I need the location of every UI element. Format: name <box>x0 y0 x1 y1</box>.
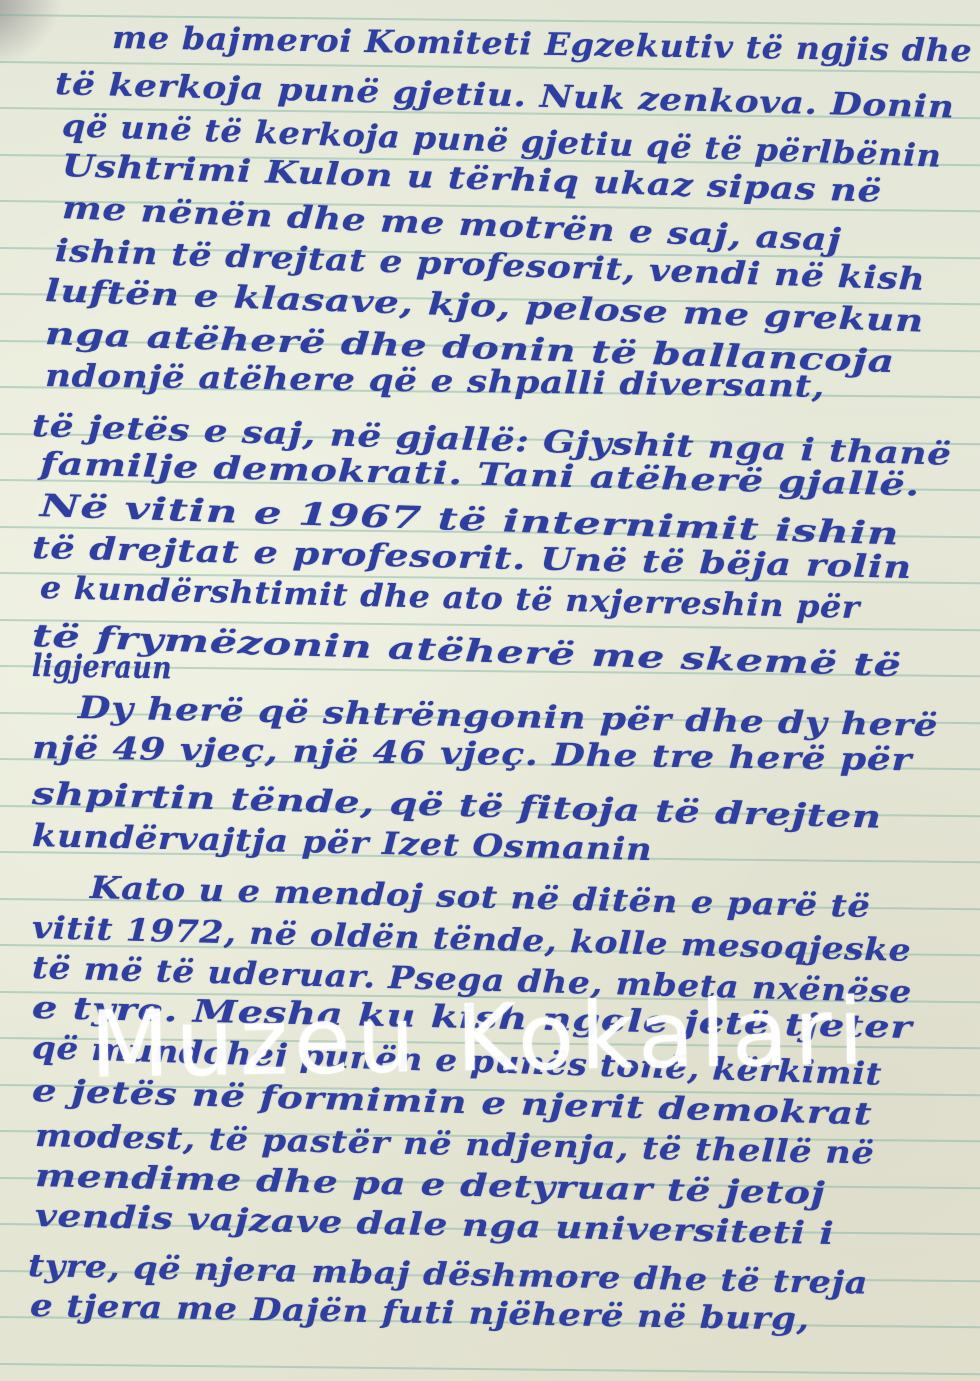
handwritten-line: ligjeraun <box>32 648 173 686</box>
handwritten-text: me bajmeroi Komiteti Egzekutiv të ngjis … <box>0 0 980 1381</box>
manuscript-page: me bajmeroi Komiteti Egzekutiv të ngjis … <box>0 0 980 1381</box>
watermark: Muzeu Kokalari <box>89 978 870 1099</box>
handwritten-line: me bajmeroi Komiteti Egzekutiv të ngjis … <box>112 20 973 70</box>
